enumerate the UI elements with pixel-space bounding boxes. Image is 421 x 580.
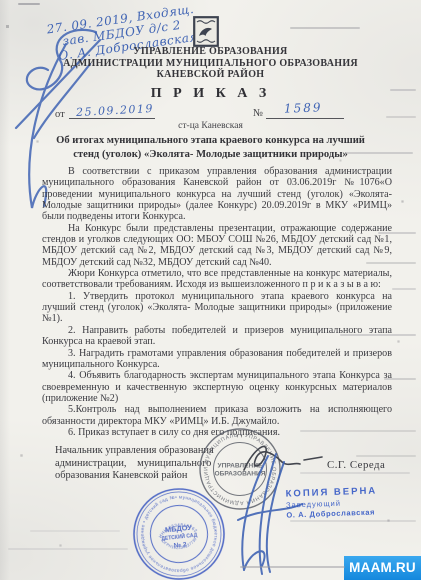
order-item-5: 5.Контроль над выполнением приказа возло… bbox=[42, 404, 392, 427]
scan-artifact bbox=[300, 472, 410, 474]
order-title: Об итогах муниципального этапа краевого … bbox=[0, 134, 421, 161]
place-name: ст-ца Каневская bbox=[0, 121, 421, 131]
scan-artifact bbox=[366, 262, 416, 264]
scan-artifact bbox=[386, 116, 416, 118]
org-name-line2: АДМИНИСТРАЦИИ МУНИЦИПАЛЬНОГО ОБРАЗОВАНИЯ bbox=[0, 58, 421, 70]
order-item-2: 2. Направить работы победителей и призер… bbox=[42, 325, 392, 348]
copy-stamp-line3: О. А. Доброславская bbox=[286, 507, 378, 519]
scan-artifact bbox=[30, 530, 120, 532]
scan-artifact bbox=[378, 232, 416, 234]
scan-artifact bbox=[290, 520, 416, 522]
scanned-order-document: 27. 09. 2019, Входящ. зав. МБДОУ д/с 2 О… bbox=[0, 0, 421, 580]
number-underline bbox=[266, 106, 344, 119]
scan-artifact bbox=[240, 566, 345, 568]
scan-artifact bbox=[340, 334, 416, 336]
date-underline bbox=[69, 106, 155, 119]
scan-artifact bbox=[392, 288, 416, 290]
order-item-1: 1. Утвердить протокол муниципального эта… bbox=[42, 291, 392, 325]
scan-artifact bbox=[345, 152, 413, 154]
scan-artifact bbox=[8, 548, 128, 550]
order-paragraph: В соответствии с приказом управления обр… bbox=[42, 166, 392, 223]
scan-artifact bbox=[356, 455, 416, 457]
order-title-line1: Об итогах муниципального этапа краевого … bbox=[0, 134, 421, 148]
order-item-3: 3. Наградить грамотами управления образо… bbox=[42, 348, 392, 371]
maam-watermark: MAAM.RU bbox=[344, 556, 421, 580]
scan-artifact bbox=[290, 27, 360, 29]
order-item-4: 4. Объявить благодарность экспертам муни… bbox=[42, 370, 392, 404]
order-paragraph: Жюри Конкурса отметило, что все представ… bbox=[42, 268, 392, 291]
scan-artifact bbox=[18, 3, 40, 5]
organization-header: УПРАВЛЕНИЕ ОБРАЗОВАНИЯ АДМИНИСТРАЦИИ МУН… bbox=[0, 46, 421, 81]
order-body: В соответствии с приказом управления обр… bbox=[42, 166, 392, 438]
number-label: № bbox=[253, 108, 263, 119]
order-title-line2: стенд (уголок) «Эколята- Молодые защитни… bbox=[0, 148, 421, 162]
org-name-line1: УПРАВЛЕНИЕ ОБРАЗОВАНИЯ bbox=[0, 46, 421, 58]
coat-of-arms-icon bbox=[193, 16, 219, 47]
scan-artifact bbox=[300, 430, 416, 432]
document-type-title: П Р И К А З bbox=[0, 86, 421, 102]
org-name-line3: КАНЕВСКОЙ РАЙОН bbox=[0, 69, 421, 81]
scan-artifact bbox=[384, 378, 416, 380]
signatory-name: С.Г. Середа bbox=[327, 459, 385, 471]
scan-noise bbox=[0, 0, 1, 1]
copy-certification-stamp: КОПИЯ ВЕРНА Заведующий О. А. Доброславск… bbox=[285, 485, 378, 519]
order-paragraph: На Конкурс были представлены презентации… bbox=[42, 223, 392, 268]
date-label: от bbox=[55, 109, 65, 120]
scan-artifact bbox=[390, 89, 416, 91]
